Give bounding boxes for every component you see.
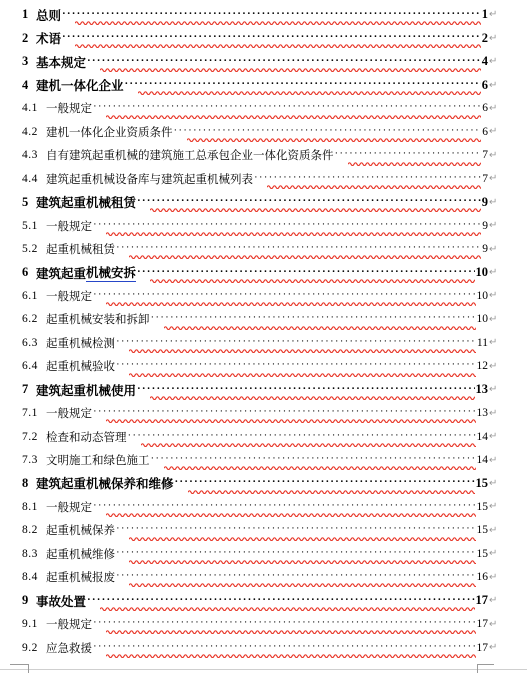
dot-leader-dots: ········································… xyxy=(93,219,481,230)
dot-leader: ········································… xyxy=(61,26,481,49)
page-number: 12 xyxy=(477,360,489,372)
toc-entry[interactable]: 4.2 建机一体化企业资质条件 ························… xyxy=(22,120,501,143)
page-number: 10 xyxy=(477,290,489,302)
paragraph-mark-icon: ↵ xyxy=(489,56,501,67)
toc-entry-number: 6 xyxy=(22,265,36,280)
toc-entry-number: 5.2 xyxy=(22,243,46,255)
spellcheck-squiggle-icon xyxy=(106,628,476,634)
dot-leader: ········································… xyxy=(92,401,476,424)
paragraph-mark-icon: ↵ xyxy=(489,150,501,161)
spellcheck-squiggle-icon xyxy=(129,535,476,541)
toc-entry[interactable]: 9.1 一般规定 ·······························… xyxy=(22,612,501,635)
page-edge-line xyxy=(0,669,527,670)
toc-entry-title: 起重机械验收 xyxy=(46,358,115,374)
dot-leader: ········································… xyxy=(115,566,476,589)
dot-leader-dots: ········································… xyxy=(87,594,474,605)
spellcheck-squiggle-icon xyxy=(150,394,474,400)
toc-entry[interactable]: 7.2 检查和动态管理 ····························… xyxy=(22,425,501,448)
spellcheck-squiggle-icon xyxy=(75,42,481,48)
toc-entry-number: 4 xyxy=(22,78,36,93)
toc-entry-title: 起重机械租赁 xyxy=(46,241,115,257)
spellcheck-squiggle-icon xyxy=(106,417,476,423)
toc-entry[interactable]: 7.1 一般规定 ·······························… xyxy=(22,401,501,424)
toc-entry-title: 总则 xyxy=(36,6,61,24)
dot-leader-dots: ········································… xyxy=(116,524,476,535)
toc-entry-title: 事故处置 xyxy=(36,592,86,610)
page-number: 15 xyxy=(477,524,489,536)
dot-leader: ········································… xyxy=(92,495,476,518)
dot-leader-dots: ········································… xyxy=(116,547,476,558)
dot-leader-dots: ········································… xyxy=(116,571,476,582)
page-number: 11 xyxy=(477,337,488,349)
spellcheck-squiggle-icon xyxy=(141,441,476,447)
toc-entry-title: 一般规定 xyxy=(46,405,92,421)
toc-entry-title: 自有建筑起重机械的建筑施工总承包企业一体化资质条件 xyxy=(46,147,334,163)
toc-entry[interactable]: 6.3 起重机械检测 ·····························… xyxy=(22,331,501,354)
toc-entry-title: 一般规定 xyxy=(46,288,92,304)
toc-entry[interactable]: 5.1 一般规定 ·······························… xyxy=(22,214,501,237)
spellcheck-squiggle-icon xyxy=(100,605,474,611)
dot-leader: ········································… xyxy=(86,589,474,612)
paragraph-mark-icon: ↵ xyxy=(489,103,501,114)
paragraph-mark-icon: ↵ xyxy=(489,572,501,583)
page-number: 9 xyxy=(482,195,488,210)
paragraph-mark-icon: ↵ xyxy=(489,361,501,372)
page-number: 7 xyxy=(482,149,488,161)
paragraph-mark-icon: ↵ xyxy=(489,80,501,91)
toc-entry-title: 建筑起重机械设备库与建筑起重机械列表 xyxy=(46,171,253,187)
toc-entry-title: 建筑起重机械租赁 xyxy=(36,193,136,211)
toc-entry[interactable]: 4 建机一体化企业 ······························… xyxy=(22,73,501,96)
toc-entry-title: 一般规定 xyxy=(46,616,92,632)
paragraph-mark-icon: ↵ xyxy=(489,455,501,466)
dot-leader-dots: ········································… xyxy=(93,407,476,418)
dot-leader-dots: ········································… xyxy=(116,243,481,254)
page-number: 4 xyxy=(482,54,488,69)
toc-entry-title: 检查和动态管理 xyxy=(46,429,127,445)
dot-leader-dots: ········································… xyxy=(174,126,482,137)
paragraph-mark-icon: ↵ xyxy=(489,337,501,348)
toc-entry[interactable]: 8.3 起重机械维修 ·····························… xyxy=(22,542,501,565)
page-number: 7 xyxy=(482,173,488,185)
toc-entry-title: 起重机械维修 xyxy=(46,546,115,562)
toc-entry-number: 4.4 xyxy=(22,173,46,185)
toc-entry[interactable]: 9.2 应急救援 ·······························… xyxy=(22,636,501,659)
toc-entry[interactable]: 6.2 起重机械安装和拆卸 ··························… xyxy=(22,308,501,331)
toc-entry-title: 一般规定 xyxy=(46,499,92,515)
toc-entry[interactable]: 2 术语 ···································… xyxy=(22,26,501,49)
paragraph-mark-icon: ↵ xyxy=(489,267,501,278)
toc-entry-number: 8.2 xyxy=(22,524,46,536)
spellcheck-squiggle-icon xyxy=(267,183,481,189)
paragraph-mark-icon: ↵ xyxy=(489,525,501,536)
dot-leader: ········································… xyxy=(253,167,481,190)
toc-entry[interactable]: 4.3 自有建筑起重机械的建筑施工总承包企业一体化资质条件 ··········… xyxy=(22,144,501,167)
dot-leader: ········································… xyxy=(127,425,476,448)
paragraph-mark-icon: ↵ xyxy=(489,431,501,442)
page-number: 2 xyxy=(482,31,488,46)
dot-leader: ········································… xyxy=(115,519,476,542)
toc-entry-title: 建筑起重机械保养和维修 xyxy=(36,474,174,492)
toc-entry[interactable]: 6.1 一般规定 ·······························… xyxy=(22,284,501,307)
page-number: 15 xyxy=(477,548,489,560)
toc-entry[interactable]: 5 建筑起重机械租赁 ·····························… xyxy=(22,191,501,214)
spellcheck-squiggle-icon xyxy=(129,347,476,353)
toc-entry-number: 7.3 xyxy=(22,454,46,466)
dot-leader-dots: ········································… xyxy=(93,641,476,652)
spellcheck-squiggle-icon xyxy=(106,511,476,517)
toc-entry-number: 7.1 xyxy=(22,407,46,419)
page-number: 14 xyxy=(477,431,489,443)
dot-leader: ········································… xyxy=(92,214,481,237)
paragraph-mark-icon: ↵ xyxy=(489,244,501,255)
paragraph-mark-icon: ↵ xyxy=(489,642,501,653)
dot-leader: ········································… xyxy=(92,284,476,307)
dot-leader: ········································… xyxy=(92,612,476,635)
paragraph-mark-icon: ↵ xyxy=(489,548,501,559)
toc-entry-number: 7 xyxy=(22,382,36,397)
dot-leader: ········································… xyxy=(115,542,476,565)
spellcheck-squiggle-icon xyxy=(187,136,482,142)
toc-entry-number: 6.2 xyxy=(22,313,46,325)
toc-list: 1 总则 ···································… xyxy=(22,3,501,659)
toc-entry-title: 术语 xyxy=(36,29,61,47)
spellcheck-squiggle-icon xyxy=(150,277,474,283)
paragraph-mark-icon: ↵ xyxy=(489,314,501,325)
paragraph-mark-icon: ↵ xyxy=(489,384,501,395)
spellcheck-squiggle-icon xyxy=(138,89,481,95)
toc-entry[interactable]: 4.4 建筑起重机械设备库与建筑起重机械列表 ·················… xyxy=(22,167,501,190)
spellcheck-squiggle-icon xyxy=(188,488,475,494)
paragraph-mark-icon: ↵ xyxy=(489,619,501,630)
toc-entry[interactable]: 3 基本规定 ·································… xyxy=(22,50,501,73)
toc-entry-number: 8 xyxy=(22,476,36,491)
toc-entry-title: 基本规定 xyxy=(36,53,86,71)
toc-entry-title: 建机一体化企业资质条件 xyxy=(46,124,173,140)
toc-entry[interactable]: 1 总则 ···································… xyxy=(22,3,501,26)
toc-entry[interactable]: 4.1 一般规定 ·······························… xyxy=(22,97,501,120)
page-number: 1 xyxy=(482,7,488,22)
toc-entry-title: 建筑起重机械使用 xyxy=(36,381,136,399)
spellcheck-squiggle-icon xyxy=(150,206,481,212)
paragraph-mark-icon: ↵ xyxy=(489,9,501,20)
dot-leader: ········································… xyxy=(115,331,476,354)
spellcheck-squiggle-icon xyxy=(75,19,481,25)
toc-entry-title: 一般规定 xyxy=(46,100,92,116)
page-number: 9 xyxy=(482,220,488,232)
toc-entry[interactable]: 8.1 一般规定 ·······························… xyxy=(22,495,501,518)
dot-leader: ········································… xyxy=(61,3,481,26)
spellcheck-squiggle-icon xyxy=(164,464,476,470)
toc-entry-number: 8.4 xyxy=(22,571,46,583)
paragraph-mark-icon: ↵ xyxy=(489,220,501,231)
toc-entry-title: 应急救援 xyxy=(46,640,92,656)
dot-leader: ········································… xyxy=(115,237,481,260)
page-number: 13 xyxy=(476,382,489,397)
page-number: 10 xyxy=(476,265,489,280)
page-number: 15 xyxy=(476,476,489,491)
paragraph-mark-icon: ↵ xyxy=(489,408,501,419)
paragraph-mark-icon: ↵ xyxy=(489,595,501,606)
toc-entry-title: 起重机械报废 xyxy=(46,569,115,585)
page-number: 14 xyxy=(477,454,489,466)
toc-entry-title: 文明施工和绿色施工 xyxy=(46,452,150,468)
dot-leader: ········································… xyxy=(150,448,476,471)
dot-leader-dots: ········································… xyxy=(93,102,481,113)
dot-leader-dots: ········································… xyxy=(175,477,475,488)
toc-entry-title-blue-underline: 机械安拆 xyxy=(86,263,136,282)
toc-entry-number: 3 xyxy=(22,54,36,69)
paragraph-mark-icon: ↵ xyxy=(489,33,501,44)
spellcheck-squiggle-icon xyxy=(106,230,481,236)
toc-entry-number: 8.1 xyxy=(22,501,46,513)
text-boundary-mark-right-v xyxy=(477,664,478,673)
dot-leader-dots: ········································… xyxy=(62,8,481,19)
page-number: 17 xyxy=(477,618,489,630)
dot-leader-dots: ········································… xyxy=(93,290,476,301)
toc-entry-number: 4.2 xyxy=(22,126,46,138)
toc-entry[interactable]: 8 建筑起重机械保养和维修 ··························… xyxy=(22,472,501,495)
text-boundary-mark-left xyxy=(10,664,29,665)
paragraph-mark-icon: ↵ xyxy=(489,197,501,208)
paragraph-mark-icon: ↵ xyxy=(489,478,501,489)
toc-entry-number: 6.3 xyxy=(22,337,46,349)
dot-leader-dots: ········································… xyxy=(93,618,476,629)
toc-entry-title: 起重机械安装和拆卸 xyxy=(46,311,150,327)
paragraph-mark-icon: ↵ xyxy=(489,126,501,137)
toc-entry[interactable]: 5.2 起重机械租赁 ·····························… xyxy=(22,237,501,260)
toc-entry-title: 起重机械检测 xyxy=(46,335,115,351)
dot-leader-dots: ········································… xyxy=(87,55,481,66)
toc-entry-number: 7.2 xyxy=(22,431,46,443)
dot-leader-dots: ········································… xyxy=(254,172,481,183)
dot-leader-dots: ········································… xyxy=(116,360,476,371)
dot-leader: ········································… xyxy=(136,378,474,401)
toc-entry-title: 一般规定 xyxy=(46,218,92,234)
toc-entry[interactable]: 7.3 文明施工和绿色施工 ··························… xyxy=(22,448,501,471)
toc-entry[interactable]: 8.4 起重机械报废 ·····························… xyxy=(22,566,501,589)
page-number: 16 xyxy=(477,571,489,583)
text-boundary-mark-right xyxy=(477,664,494,665)
toc-entry-number: 4.1 xyxy=(22,102,46,114)
toc-entry-number: 5.1 xyxy=(22,220,46,232)
dot-leader: ········································… xyxy=(334,144,482,167)
toc-entry-number: 4.3 xyxy=(22,149,46,161)
dot-leader: ········································… xyxy=(174,472,475,495)
dot-leader-dots: ········································… xyxy=(335,149,482,160)
toc-entry[interactable]: 9 事故处置 ·································… xyxy=(22,589,501,612)
dot-leader: ········································… xyxy=(124,73,481,96)
page-number: 15 xyxy=(477,501,489,513)
toc-entry[interactable]: 6 建筑起重 机械安拆 ····························… xyxy=(22,261,501,284)
dot-leader-dots: ········································… xyxy=(137,266,474,277)
dot-leader-dots: ········································… xyxy=(62,32,481,43)
page-number: 6 xyxy=(482,102,488,114)
spellcheck-squiggle-icon xyxy=(129,558,476,564)
spellcheck-squiggle-icon xyxy=(106,300,476,306)
dot-leader: ········································… xyxy=(92,97,481,120)
toc-entry-number: 6.4 xyxy=(22,360,46,372)
toc-entry-number: 9 xyxy=(22,593,36,608)
page-number: 17 xyxy=(477,642,489,654)
toc-entry-number: 5 xyxy=(22,195,36,210)
toc-entry-number: 9.2 xyxy=(22,642,46,654)
dot-leader: ········································… xyxy=(86,50,481,73)
toc-entry[interactable]: 7 建筑起重机械使用 ·····························… xyxy=(22,378,501,401)
dot-leader-dots: ········································… xyxy=(116,336,476,347)
dot-leader-dots: ········································… xyxy=(151,313,476,324)
dot-leader-dots: ········································… xyxy=(93,501,476,512)
text-boundary-mark-left-v xyxy=(28,664,29,673)
dot-leader: ········································… xyxy=(136,261,474,284)
paragraph-mark-icon: ↵ xyxy=(489,501,501,512)
page-number: 10 xyxy=(477,313,489,325)
dot-leader-dots: ········································… xyxy=(151,454,476,465)
dot-leader: ········································… xyxy=(173,120,482,143)
page-number: 17 xyxy=(476,593,489,608)
toc-entry-number: 8.3 xyxy=(22,548,46,560)
page-number: 9 xyxy=(482,243,488,255)
toc-entry-title: 建机一体化企业 xyxy=(36,76,124,94)
toc-entry-number: 2 xyxy=(22,31,36,46)
dot-leader: ········································… xyxy=(136,191,481,214)
toc-entry-title: 建筑起重 xyxy=(36,264,86,282)
dot-leader: ········································… xyxy=(115,355,476,378)
dot-leader-dots: ········································… xyxy=(125,79,481,90)
spellcheck-squiggle-icon xyxy=(129,371,476,377)
spellcheck-squiggle-icon xyxy=(348,160,482,166)
spellcheck-squiggle-icon xyxy=(100,66,481,72)
toc-entry[interactable]: 8.2 起重机械保养 ·····························… xyxy=(22,519,501,542)
paragraph-mark-icon: ↵ xyxy=(489,173,501,184)
toc-entry-title: 起重机械保养 xyxy=(46,522,115,538)
toc-entry[interactable]: 6.4 起重机械验收 ·····························… xyxy=(22,355,501,378)
dot-leader: ········································… xyxy=(92,636,476,659)
toc-entry-number: 1 xyxy=(22,7,36,22)
dot-leader-dots: ········································… xyxy=(128,430,476,441)
page-number: 6 xyxy=(482,126,488,138)
toc-entry-number: 6.1 xyxy=(22,290,46,302)
spellcheck-squiggle-icon xyxy=(129,581,476,587)
spellcheck-squiggle-icon xyxy=(106,113,481,119)
toc-entry-number: 9.1 xyxy=(22,618,46,630)
dot-leader-dots: ········································… xyxy=(137,383,474,394)
spellcheck-squiggle-icon xyxy=(164,324,476,330)
paragraph-mark-icon: ↵ xyxy=(489,290,501,301)
dot-leader: ········································… xyxy=(150,308,476,331)
spellcheck-squiggle-icon xyxy=(106,652,476,658)
spellcheck-squiggle-icon xyxy=(129,253,481,259)
dot-leader-dots: ········································… xyxy=(137,196,481,207)
page-number: 13 xyxy=(477,407,489,419)
page-number: 6 xyxy=(482,78,488,93)
